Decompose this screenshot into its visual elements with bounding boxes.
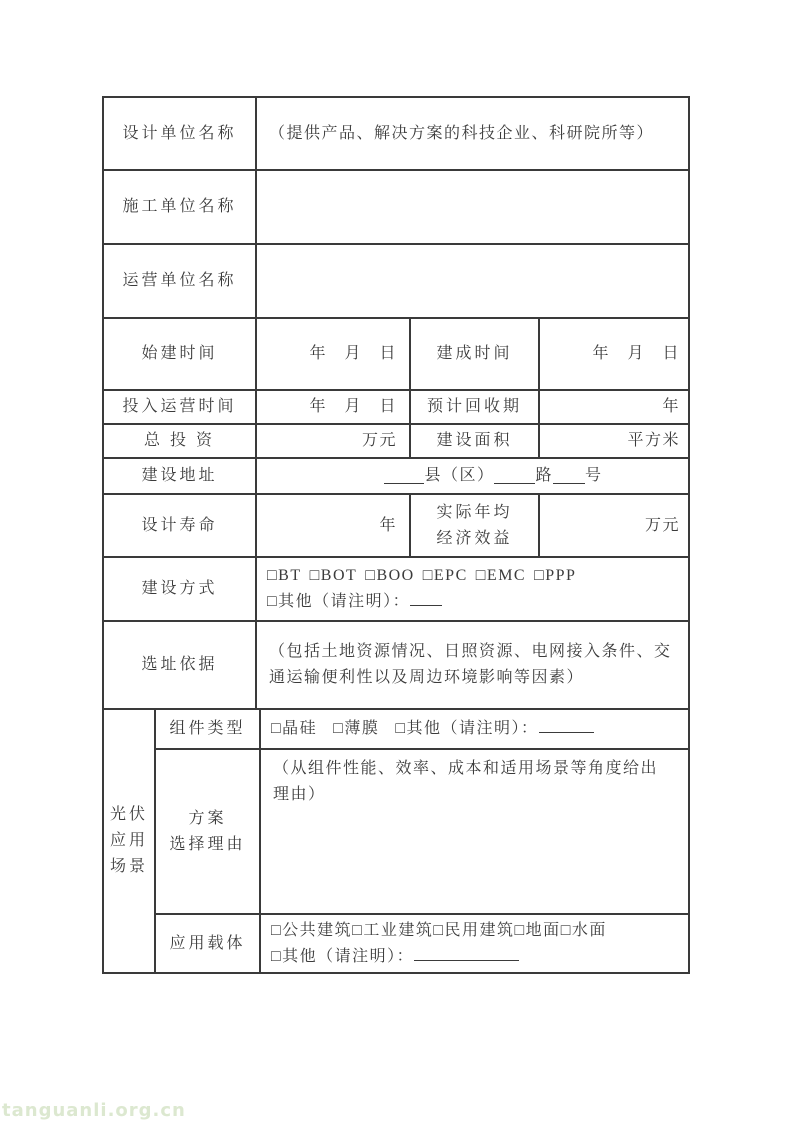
checkbox-option: □薄膜 <box>333 720 379 737</box>
checkbox-option: □BT <box>267 567 302 584</box>
checkbox-option: □晶硅 <box>271 720 317 737</box>
application-carrier-value: □公共建筑□工业建筑□民用建筑□地面□水面 □其他（请注明）： <box>261 915 688 972</box>
operation-start-label: 投入运营时间 <box>104 391 257 423</box>
address-label: 建设地址 <box>104 459 257 493</box>
operation-unit-label: 运营单位名称 <box>104 245 257 317</box>
checkbox-option: □公共建筑 <box>271 922 352 939</box>
construction-area-label: 建设面积 <box>411 425 540 457</box>
pv-group-label-line3: 场景 <box>110 854 148 880</box>
pv-project-form-table: 设计单位名称 （提供产品、解决方案的科技企业、科研院所等） 施工单位名称 运营单… <box>102 96 690 974</box>
annual-benefit-label-line2: 经济效益 <box>436 526 512 552</box>
operation-unit-value <box>257 245 688 317</box>
address-row: 建设地址 县（区）路号 <box>104 459 688 495</box>
blank-underline <box>494 469 535 484</box>
watermark: tanguanli.org.cn <box>2 1100 186 1121</box>
construction-unit-value <box>257 171 688 243</box>
construction-mode-label: 建设方式 <box>104 558 257 620</box>
site-basis-row: 选址依据 （包括土地资源情况、日照资源、电网接入条件、交通运输便利性以及周边环境… <box>104 622 688 710</box>
other-option-line: □其他（请注明）： <box>271 944 519 970</box>
checkbox-options-line: □BT□BOT□BOO□EPC□EMC□PPP <box>267 563 584 589</box>
design-unit-value: （提供产品、解决方案的科技企业、科研院所等） <box>257 98 688 169</box>
blank-underline <box>553 469 585 484</box>
pv-group-label-line2: 应用 <box>110 828 148 854</box>
pv-group-label-line1: 光伏 <box>110 802 148 828</box>
checkbox-option-other: □其他（请注明）： <box>271 948 414 965</box>
annual-benefit-value: 万元 <box>540 495 688 556</box>
module-type-value: □晶硅□薄膜□其他（请注明）： <box>261 710 688 748</box>
build-finish-label: 建成时间 <box>411 319 540 389</box>
construction-mode-row: 建设方式 □BT□BOT□BOO□EPC□EMC□PPP □其他（请注明）： <box>104 558 688 622</box>
annual-benefit-label: 实际年均 经济效益 <box>411 495 540 556</box>
checkbox-option-other: □其他（请注明）： <box>267 593 410 610</box>
address-value: 县（区）路号 <box>257 459 688 493</box>
checkbox-option: □BOT <box>310 567 358 584</box>
site-basis-label: 选址依据 <box>104 622 257 708</box>
construction-unit-row: 施工单位名称 <box>104 171 688 245</box>
construction-mode-value: □BT□BOT□BOO□EPC□EMC□PPP □其他（请注明）： <box>257 558 688 620</box>
checkbox-options-line: □晶硅□薄膜□其他（请注明）： <box>271 716 594 742</box>
module-type-row: 组件类型 □晶硅□薄膜□其他（请注明）： <box>156 710 688 750</box>
scheme-reason-value: （从组件性能、效率、成本和适用场景等角度给出理由） <box>261 750 688 913</box>
blank-underline <box>539 718 594 733</box>
design-unit-row: 设计单位名称 （提供产品、解决方案的科技企业、科研院所等） <box>104 98 688 171</box>
build-start-row: 始建时间 年 月 日 建成时间 年 月 日 <box>104 319 688 391</box>
checkbox-option: □BOO <box>365 567 414 584</box>
checkbox-option: □PPP <box>534 567 576 584</box>
checkbox-option: □工业建筑 <box>352 922 433 939</box>
total-investment-value: 万元 <box>257 425 411 457</box>
address-seg-county: 县（区） <box>424 463 494 489</box>
payback-period-label: 预计回收期 <box>411 391 540 423</box>
payback-period-value: 年 <box>540 391 688 423</box>
application-carrier-label: 应用载体 <box>156 915 261 972</box>
design-life-value: 年 <box>257 495 411 556</box>
checkbox-option: □EPC <box>423 567 468 584</box>
application-carrier-row: 应用载体 □公共建筑□工业建筑□民用建筑□地面□水面 □其他（请注明）： <box>156 915 688 972</box>
site-basis-value: （包括土地资源情况、日照资源、电网接入条件、交通运输便利性以及周边环境影响等因素… <box>257 622 688 708</box>
other-option-line: □其他（请注明）： <box>267 589 442 615</box>
construction-area-value: 平方米 <box>540 425 688 457</box>
total-investment-label: 总 投 资 <box>104 425 257 457</box>
build-start-value: 年 月 日 <box>257 319 411 389</box>
build-finish-value: 年 月 日 <box>540 319 688 389</box>
operation-unit-row: 运营单位名称 <box>104 245 688 319</box>
blank-underline <box>410 591 442 606</box>
pv-subrows: 组件类型 □晶硅□薄膜□其他（请注明）： 方案 选择理由 （从组件性能、效率、成… <box>156 710 688 972</box>
checkbox-option: □EMC <box>476 567 526 584</box>
scheme-reason-label-line1: 方案 <box>188 806 226 832</box>
blank-underline <box>414 946 519 961</box>
build-start-label: 始建时间 <box>104 319 257 389</box>
design-unit-label: 设计单位名称 <box>104 98 257 169</box>
operation-start-value: 年 月 日 <box>257 391 411 423</box>
operation-start-row: 投入运营时间 年 月 日 预计回收期 年 <box>104 391 688 425</box>
scheme-reason-row: 方案 选择理由 （从组件性能、效率、成本和适用场景等角度给出理由） <box>156 750 688 915</box>
address-seg-road: 路 <box>535 463 553 489</box>
design-life-label: 设计寿命 <box>104 495 257 556</box>
design-life-row: 设计寿命 年 实际年均 经济效益 万元 <box>104 495 688 558</box>
annual-benefit-label-line1: 实际年均 <box>436 500 512 526</box>
checkbox-option: □水面 <box>561 922 607 939</box>
pv-section: 光伏 应用 场景 组件类型 □晶硅□薄膜□其他（请注明）： 方案 选 <box>104 710 688 972</box>
checkbox-option-other: □其他（请注明）： <box>395 720 538 737</box>
scheme-reason-label-line2: 选择理由 <box>169 832 245 858</box>
construction-unit-label: 施工单位名称 <box>104 171 257 243</box>
checkbox-option: □民用建筑 <box>433 922 514 939</box>
blank-underline <box>384 469 424 484</box>
scheme-reason-label: 方案 选择理由 <box>156 750 261 913</box>
module-type-label: 组件类型 <box>156 710 261 748</box>
address-seg-number: 号 <box>585 463 603 489</box>
checkbox-options-line: □公共建筑□工业建筑□民用建筑□地面□水面 <box>271 918 607 944</box>
document-page: 设计单位名称 （提供产品、解决方案的科技企业、科研院所等） 施工单位名称 运营单… <box>0 0 793 1122</box>
checkbox-option: □地面 <box>515 922 561 939</box>
pv-group-label: 光伏 应用 场景 <box>104 710 156 972</box>
total-investment-row: 总 投 资 万元 建设面积 平方米 <box>104 425 688 459</box>
